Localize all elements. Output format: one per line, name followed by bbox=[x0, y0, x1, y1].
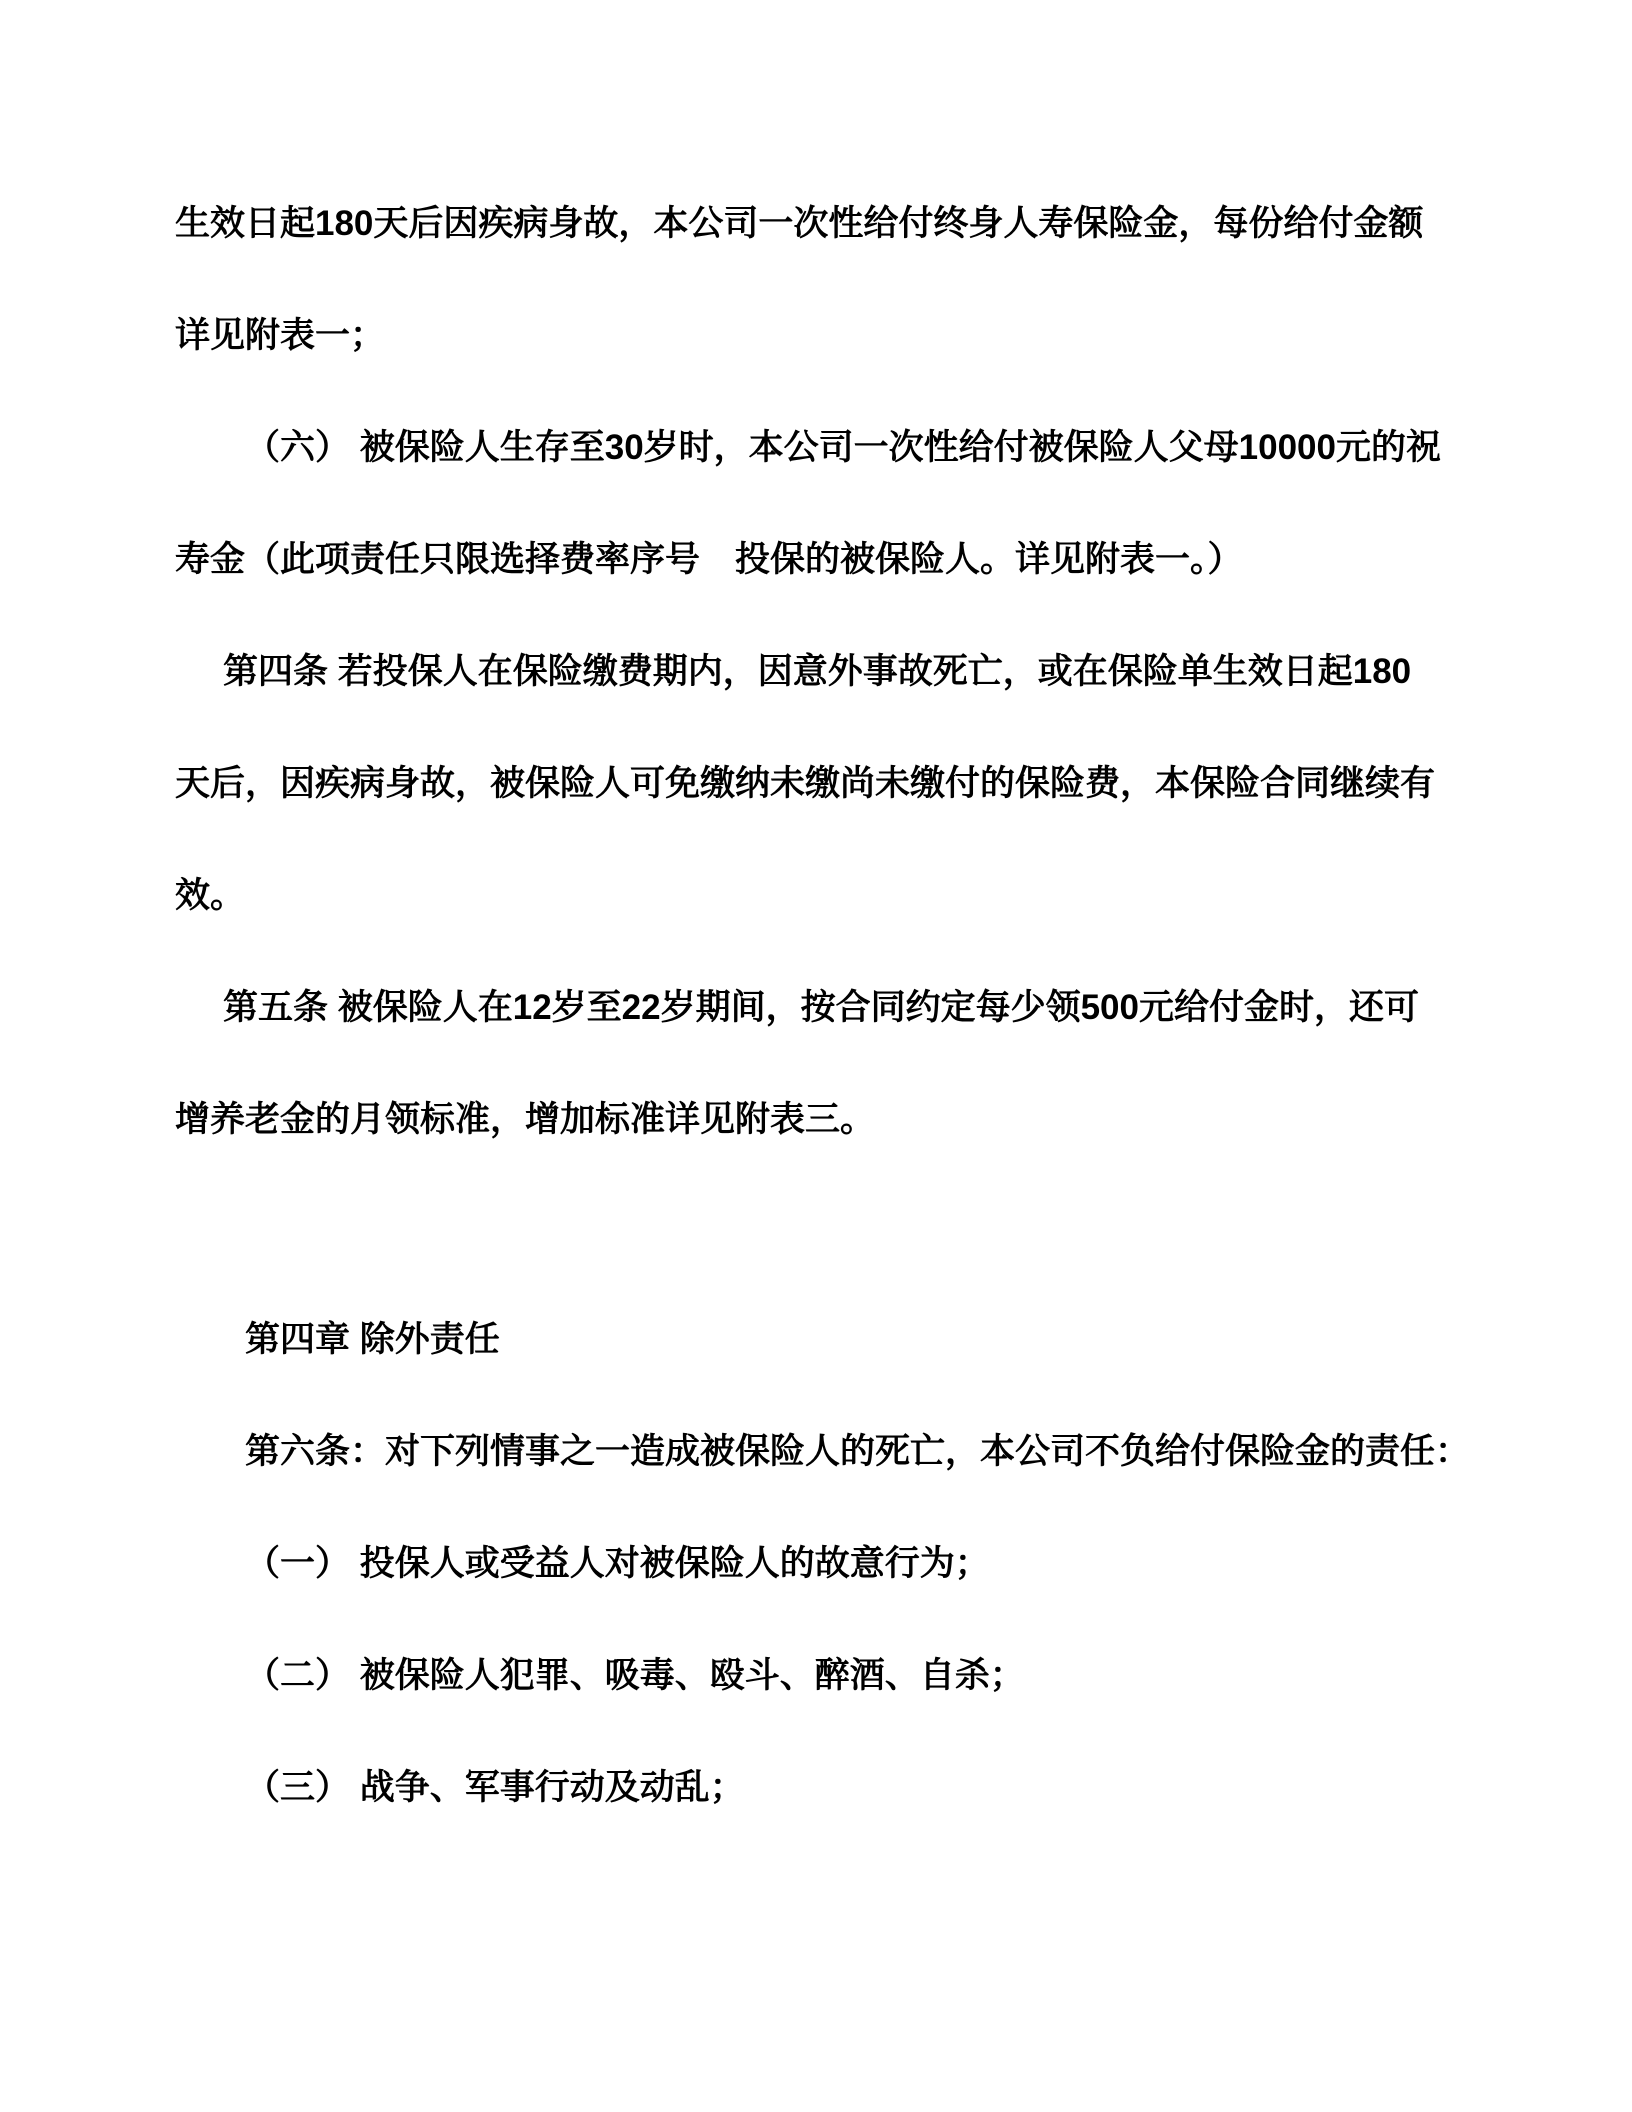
list-item-one-line: （一） 投保人或受益人对被保险人的故意行为； bbox=[175, 1508, 1432, 1620]
article-five-line: 第五条 被保险人在12岁至22岁期间，按合同约定每少领500元给付金时，还可 bbox=[175, 952, 1432, 1064]
paragraph-continuation-line: 增养老金的月领标准，增加标准详见附表三。 bbox=[175, 1064, 1432, 1176]
paragraph-continuation-line: 天后，因疾病身故，被保险人可免缴纳未缴尚未缴付的保险费，本保险合同继续有 bbox=[175, 728, 1432, 840]
chapter-four-heading: 第四章 除外责任 bbox=[175, 1284, 1432, 1396]
list-item-two-line: （二） 被保险人犯罪、吸毒、殴斗、醉酒、自杀； bbox=[175, 1620, 1432, 1732]
document-page: 生效日起180天后因疾病身故，本公司一次性给付终身人寿保险金，每份给付金额 详见… bbox=[0, 0, 1632, 2112]
paragraph-continuation-line: 详见附表一； bbox=[175, 280, 1432, 392]
article-four-line: 第四条 若投保人在保险缴费期内，因意外事故死亡，或在保险单生效日起180 bbox=[175, 616, 1432, 728]
paragraph-continuation-line: 寿金（此项责任只限选择费率序号 投保的被保险人。详见附表一。） bbox=[175, 504, 1432, 616]
article-six-line: 第六条：对下列情事之一造成被保险人的死亡，本公司不负给付保险金的责任： bbox=[175, 1396, 1432, 1508]
paragraph-continuation-line: 效。 bbox=[175, 840, 1432, 952]
blank-line-spacer bbox=[175, 1176, 1432, 1284]
list-item-six-line: （六） 被保险人生存至30岁时，本公司一次性给付被保险人父母10000元的祝 bbox=[175, 392, 1432, 504]
list-item-three-line: （三） 战争、军事行动及动乱； bbox=[175, 1732, 1432, 1844]
paragraph-continuation-line: 生效日起180天后因疾病身故，本公司一次性给付终身人寿保险金，每份给付金额 bbox=[175, 168, 1432, 280]
